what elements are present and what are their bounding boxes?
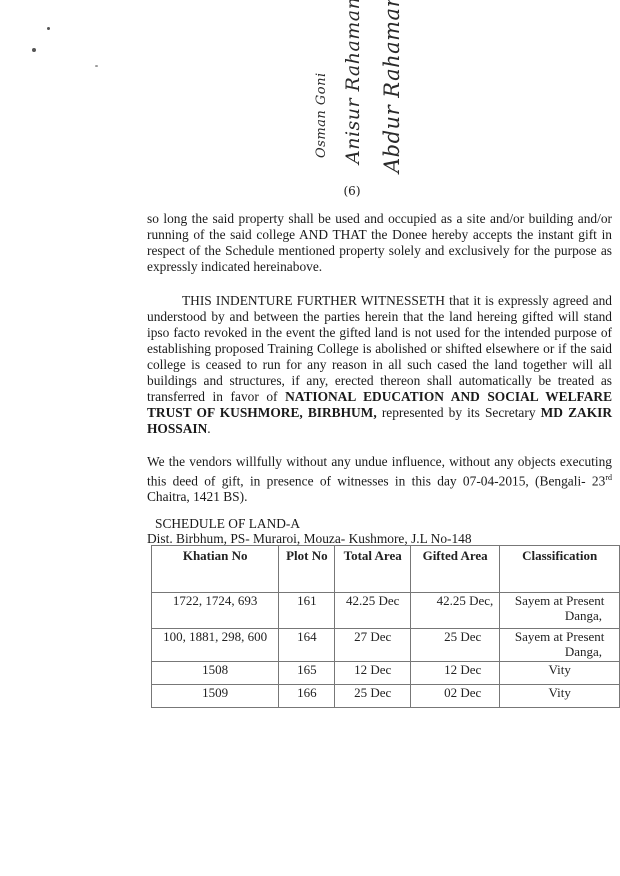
- cell-khatian: 1508: [152, 662, 279, 685]
- scan-speck: [95, 65, 98, 67]
- paragraph-vendors-statement: We the vendors willfully without any und…: [147, 454, 612, 505]
- cell-plot: 165: [279, 662, 335, 685]
- cell-khatian: 1722, 1724, 693: [152, 593, 279, 629]
- period: .: [207, 421, 210, 436]
- cell-total-area: 12 Dec: [335, 662, 411, 685]
- page-number: (6): [42, 184, 620, 198]
- cell-gifted-area: 02 Dec: [410, 685, 499, 708]
- classification-line-1: Sayem at Present: [515, 593, 605, 608]
- cell-total-area: 42.25 Dec: [335, 593, 411, 629]
- scan-speck: [32, 48, 36, 52]
- cell-classification: Sayem at PresentDanga,: [500, 629, 620, 662]
- bengali-date-end: Chaitra, 1421 BS).: [147, 489, 247, 504]
- table-row: 1508 165 12 Dec 12 Dec Vity: [152, 662, 620, 685]
- cell-gifted-area: 12 Dec: [410, 662, 499, 685]
- vendors-text: We the vendors willfully without any und…: [147, 454, 612, 488]
- header-total-area: Total Area: [335, 546, 411, 593]
- signatures: Osman Goni Anisur Rahaman Abdur Rahaman: [300, 8, 410, 168]
- cell-khatian: 100, 1881, 298, 600: [152, 629, 279, 662]
- header-khatian-no: Khatian No: [152, 546, 279, 593]
- cell-total-area: 27 Dec: [335, 629, 411, 662]
- cell-plot: 164: [279, 629, 335, 662]
- header-gifted-area: Gifted Area: [410, 546, 499, 593]
- cell-gifted-area: 25 Dec: [410, 629, 499, 662]
- paragraph-donee-acceptance: so long the said property shall be used …: [147, 211, 612, 275]
- cell-khatian: 1509: [152, 685, 279, 708]
- signature-anisur-rahaman: Anisur Rahaman: [342, 0, 364, 164]
- classification-line-2: Danga,: [503, 608, 616, 623]
- cell-classification: Vity: [500, 685, 620, 708]
- schedule-title: SCHEDULE OF LAND-A: [155, 516, 300, 532]
- header-classification: Classification: [500, 546, 620, 593]
- cell-plot: 161: [279, 593, 335, 629]
- scan-speck: [47, 27, 50, 30]
- signature-osman-goni: Osman Goni: [314, 72, 329, 158]
- cell-total-area: 25 Dec: [335, 685, 411, 708]
- table-header-row: Khatian No Plot No Total Area Gifted Are…: [152, 546, 620, 593]
- signature-abdur-rahaman: Abdur Rahaman: [380, 0, 404, 173]
- schedule-table: Khatian No Plot No Total Area Gifted Are…: [151, 545, 620, 708]
- cell-classification: Vity: [500, 662, 620, 685]
- cell-classification: Sayem at PresentDanga,: [500, 593, 620, 629]
- represented-text: represented by its Secretary: [377, 405, 541, 420]
- table-row: 100, 1881, 298, 600 164 27 Dec 25 Dec Sa…: [152, 629, 620, 662]
- table-row: 1509 166 25 Dec 02 Dec Vity: [152, 685, 620, 708]
- header-plot-no: Plot No: [279, 546, 335, 593]
- cell-plot: 166: [279, 685, 335, 708]
- indenture-text: THIS INDENTURE FURTHER WITNESSETH that i…: [147, 293, 612, 404]
- ordinal-suffix: rd: [605, 473, 612, 482]
- classification-line-2: Danga,: [503, 644, 616, 659]
- table-row: 1722, 1724, 693 161 42.25 Dec 42.25 Dec,…: [152, 593, 620, 629]
- paragraph-indenture-witnesseth: THIS INDENTURE FURTHER WITNESSETH that i…: [147, 293, 612, 437]
- classification-line-1: Sayem at Present: [515, 629, 605, 644]
- cell-gifted-area: 42.25 Dec,: [410, 593, 499, 629]
